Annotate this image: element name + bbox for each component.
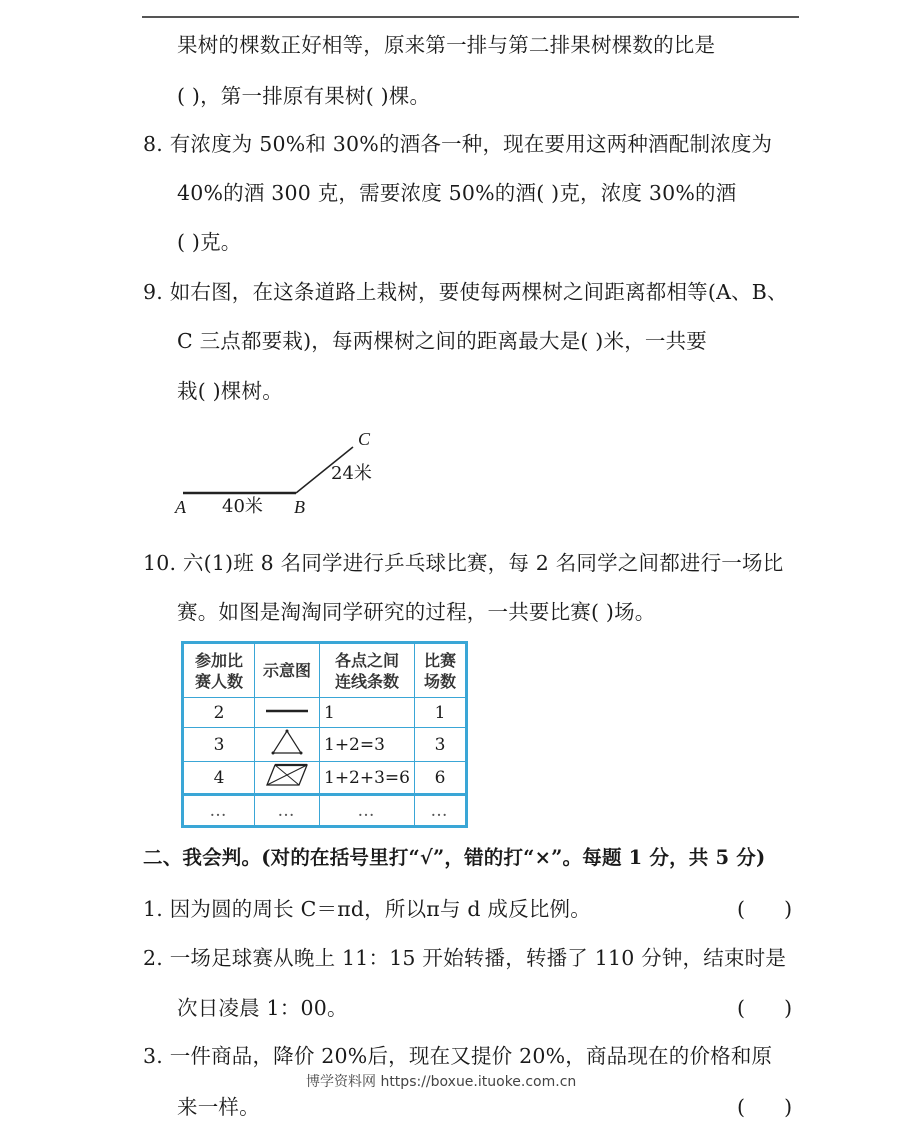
point-a-label: A <box>175 497 186 517</box>
judge-3-answer-blank[interactable]: ( ) <box>737 1093 792 1121</box>
q8-line-3: ( )克。 <box>177 228 242 256</box>
cell-people: 4 <box>183 762 255 795</box>
cell-lines: 1+2=3 <box>320 728 415 762</box>
judge-1-text: 因为圆的周长 C＝πd，所以π与 d 成反比例。 <box>170 897 591 921</box>
bc-length-label: 24米 <box>331 464 372 484</box>
line-diagram-icon <box>263 704 311 718</box>
triangle-diagram-icon <box>269 728 305 756</box>
table-row: 3 1+2=3 3 <box>183 728 467 762</box>
q10-line-1: 10. 六(1)班 8 名同学进行乒乓球比赛，每 2 名同学之间都进行一场比 <box>143 549 783 577</box>
cell-diagram: … <box>255 795 320 827</box>
cell-lines: 1 <box>320 698 415 728</box>
table-header-row: 参加比赛人数 示意图 各点之间连线条数 比赛场数 <box>183 643 467 698</box>
table-row: 4 1+2+3=6 6 <box>183 762 467 795</box>
q9-line-1: 9. 如右图，在这条道路上栽树，要使每两棵树之间距离都相等(A、B、 <box>143 278 788 306</box>
ab-length-label: 40米 <box>222 497 263 517</box>
cell-people: 2 <box>183 698 255 728</box>
quadrilateral-diagram-icon <box>265 762 309 788</box>
q10-number: 10. <box>143 549 176 577</box>
judge-2-text-1: 一场足球赛从晚上 11：15 开始转播，转播了 110 分钟，结束时是 <box>170 946 786 970</box>
judge-item-2: 2. 一场足球赛从晚上 11：15 开始转播，转播了 110 分钟，结束时是 <box>143 944 786 972</box>
watermark: 博学资料网 https://boxue.ituoke.com.cn <box>306 1071 576 1091</box>
cell-lines: … <box>320 795 415 827</box>
top-rule <box>142 16 799 18</box>
cell-lines: 1+2+3=6 <box>320 762 415 795</box>
header-people: 参加比赛人数 <box>183 643 255 698</box>
point-c-label: C <box>358 429 370 449</box>
q9-text-1: 如右图，在这条道路上栽树，要使每两棵树之间距离都相等(A、B、 <box>170 280 788 304</box>
judge-3-text-2: 来一样。 <box>177 1093 260 1121</box>
cell-people: 3 <box>183 728 255 762</box>
q10-text-1: 六(1)班 8 名同学进行乒乓球比赛，每 2 名同学之间都进行一场比 <box>183 551 784 575</box>
q8-text-1: 有浓度为 50%和 30%的酒各一种，现在要用这两种酒配制浓度为 <box>170 132 773 156</box>
q10-line-2: 赛。如图是淘淘同学研究的过程，一共要比赛( )场。 <box>177 598 656 626</box>
header-matches: 比赛场数 <box>415 643 467 698</box>
judge-2-text-2: 次日凌晨 1：00。 <box>177 994 348 1022</box>
cell-matches: 3 <box>415 728 467 762</box>
judge-item-1: 1. 因为圆的周长 C＝πd，所以π与 d 成反比例。 <box>143 895 591 923</box>
q7-line-2: ( )，第一排原有果树( )棵。 <box>177 82 430 110</box>
judge-item-3: 3. 一件商品，降价 20%后，现在又提价 20%，商品现在的价格和原 <box>143 1042 772 1070</box>
judge-1-answer-blank[interactable]: ( ) <box>737 895 792 923</box>
section-2-title: 二、我会判。(对的在括号里打“√”，错的打“×”。每题 1 分，共 5 分) <box>143 844 765 872</box>
judge-3-number: 3. <box>143 1044 163 1068</box>
q9-number: 9. <box>143 278 163 306</box>
point-b-label: B <box>294 497 305 517</box>
q9-line-2: C 三点都要栽)，每两棵树之间的距离最大是( )米，一共要 <box>177 327 707 355</box>
q8-number: 8. <box>143 130 163 158</box>
cell-matches: 1 <box>415 698 467 728</box>
header-diagram: 示意图 <box>255 643 320 698</box>
judge-2-answer-blank[interactable]: ( ) <box>737 994 792 1022</box>
cell-matches: … <box>415 795 467 827</box>
q9-line-3: 栽( )棵树。 <box>177 377 283 405</box>
cell-diagram <box>255 762 320 795</box>
judge-1-number: 1. <box>143 897 163 921</box>
matches-table: 参加比赛人数 示意图 各点之间连线条数 比赛场数 2 1 1 3 1+2=3 3… <box>181 641 468 828</box>
q7-line-1: 果树的棵数正好相等，原来第一排与第二排果树棵数的比是 <box>177 31 715 59</box>
header-lines: 各点之间连线条数 <box>320 643 415 698</box>
judge-2-number: 2. <box>143 946 163 970</box>
q8-line-2: 40%的酒 300 克，需要浓度 50%的酒( )克，浓度 30%的酒 <box>177 179 736 207</box>
cell-matches: 6 <box>415 762 467 795</box>
table-row: … … … … <box>183 795 467 827</box>
table-row: 2 1 1 <box>183 698 467 728</box>
cell-people: … <box>183 795 255 827</box>
cell-diagram <box>255 728 320 762</box>
q8-line-1: 8. 有浓度为 50%和 30%的酒各一种，现在要用这两种酒配制浓度为 <box>143 130 772 158</box>
cell-diagram <box>255 698 320 728</box>
judge-3-text-1: 一件商品，降价 20%后，现在又提价 20%，商品现在的价格和原 <box>170 1044 773 1068</box>
